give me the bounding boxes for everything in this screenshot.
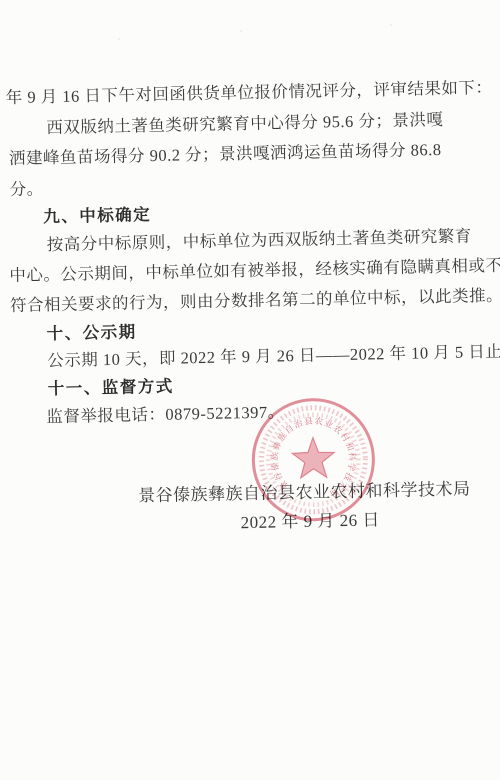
section-heading-publicity-period: 十、公示期 — [46, 318, 136, 344]
line-award-rule-2: 中心。公示期间，中标单位如有被举报，经核实确有隐瞒真相或不 — [9, 252, 500, 286]
line-score-first: 西双版纳土著鱼类研究繁育中心得分 95.6 分；景洪嘎 — [46, 106, 444, 138]
line-award-rule-3: 符合相关要求的行为，则由分数排名第二的单位中标，以此类推。 — [10, 282, 500, 316]
section-heading-award: 九、中标确定 — [43, 201, 151, 227]
scanned-document-page: 年 9 月 16 日下午对回函供货单位报价情况评分，评审结果如下： 西双版纳土著… — [0, 0, 500, 780]
document-content: 年 9 月 16 日下午对回函供货单位报价情况评分，评审结果如下： 西双版纳土著… — [0, 0, 500, 780]
line-score-tail: 分。 — [9, 175, 43, 200]
line-score-second: 洒建峰鱼苗场得分 90.2 分；景洪嘎洒鸿运鱼苗场得分 86.8 — [9, 136, 442, 169]
section-heading-supervision: 十一、监督方式 — [48, 373, 174, 400]
line-evaluation-intro: 年 9 月 16 日下午对回函供货单位报价情况评分，评审结果如下： — [5, 74, 492, 108]
line-award-rule-1: 按高分中标原则，中标单位为西双版纳土著鱼类研究繁育 — [47, 222, 472, 255]
official-seal: 景谷傣族彝族自治县农业农村和科学技术局 — [242, 388, 385, 531]
